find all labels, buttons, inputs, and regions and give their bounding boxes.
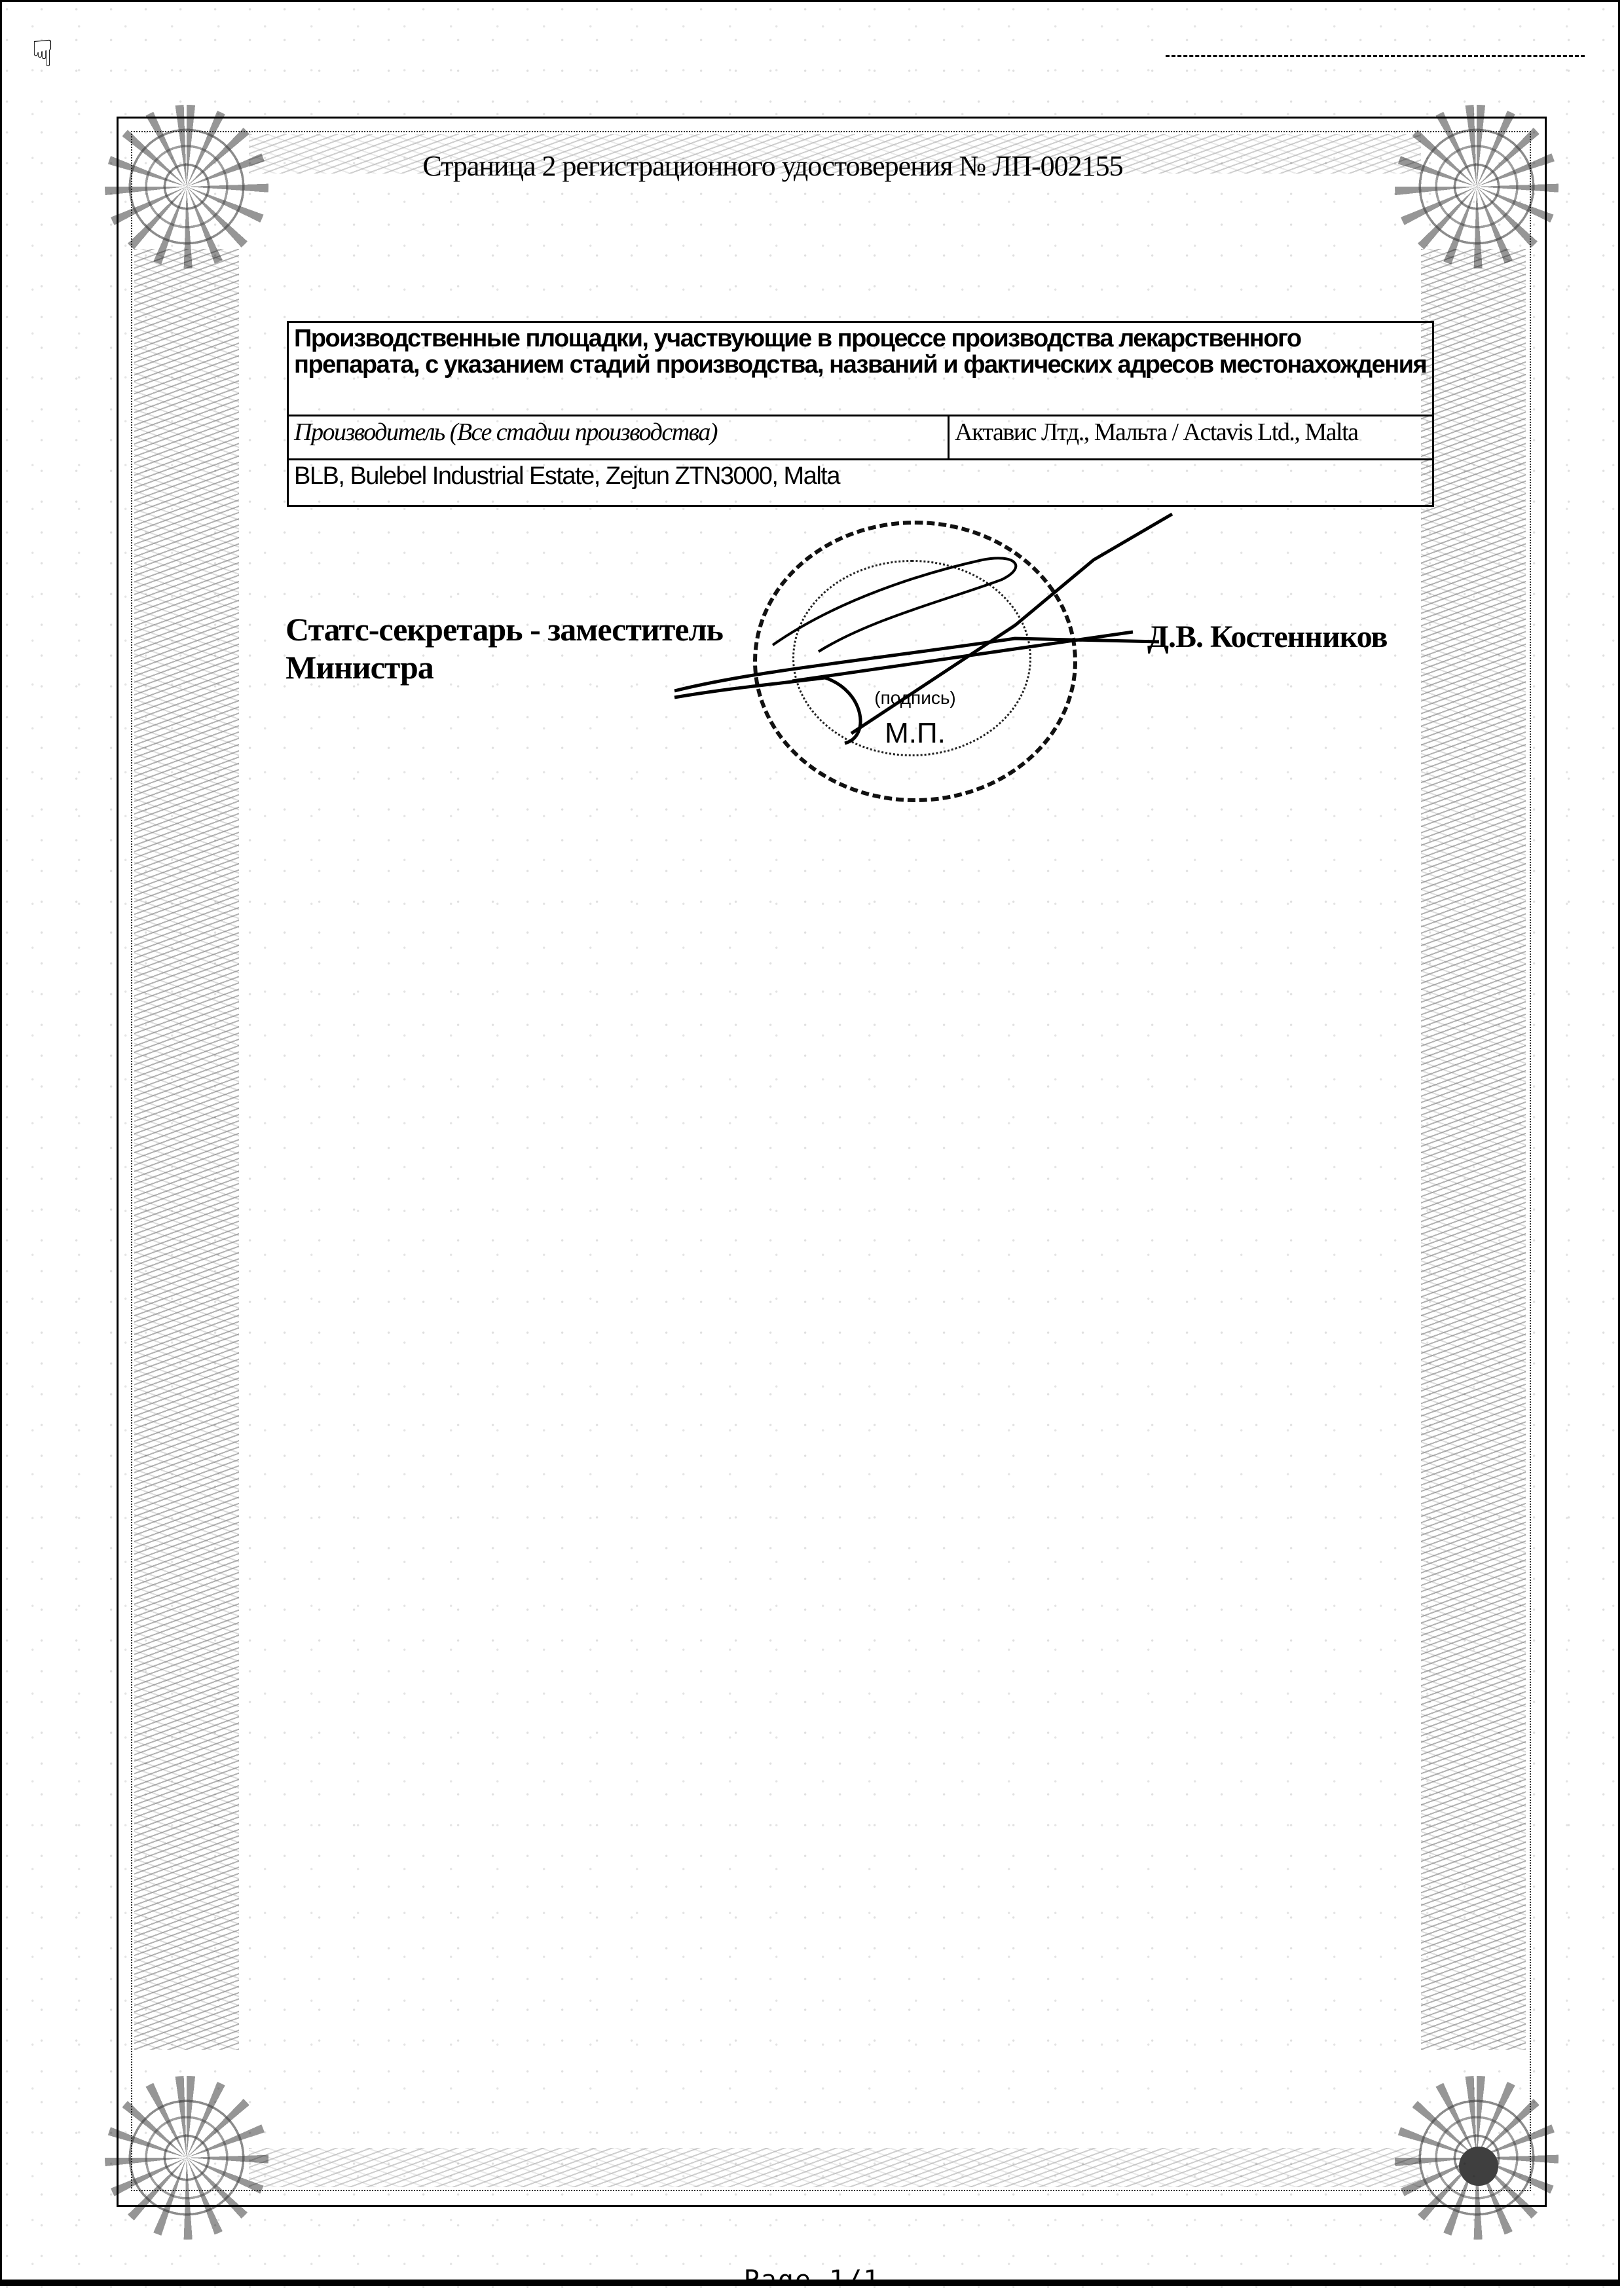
handwritten-signature-icon — [674, 521, 1172, 802]
page-indicator: Page 1/1 — [0, 2267, 1624, 2284]
page-title: Страница 2 регистрационного удостоверени… — [0, 149, 1585, 183]
rosette-ornament-icon — [1395, 2076, 1559, 2240]
manufacturer-role: Производитель (Все стадии производства) — [288, 416, 949, 460]
table-row: Производитель (Все стадии производства) … — [288, 416, 1433, 460]
signatory-position: Статс-секретарь - заместитель Министра — [286, 610, 723, 686]
official-stamp: (подпись) М.П. — [753, 521, 1077, 802]
rosette-ornament-icon — [1395, 105, 1559, 268]
top-right-rule — [1166, 55, 1585, 57]
rosette-ornament-icon — [105, 2076, 268, 2240]
seal-dot-icon — [1459, 2147, 1498, 2186]
signatory-position-line1: Статс-секретарь - заместитель — [286, 610, 723, 648]
table-row: BLB, Bulebel Industrial Estate, Zejtun Z… — [288, 460, 1433, 506]
manufacturer-address: BLB, Bulebel Industrial Estate, Zejtun Z… — [288, 460, 1433, 506]
production-sites-heading: Производственные площадки, участвующие в… — [288, 322, 1433, 416]
manufacturer-company: Актавис Лтд., Мальта / Actavis Ltd., Mal… — [949, 416, 1433, 460]
scan-mark-icon: ☟ — [31, 36, 54, 73]
rosette-ornament-icon — [105, 105, 268, 268]
signatory-name: Д.В. Костенников — [1147, 619, 1387, 655]
table-row: Производственные площадки, участвующие в… — [288, 322, 1433, 416]
production-sites-table: Производственные площадки, участвующие в… — [287, 321, 1434, 507]
signatory-position-line2: Министра — [286, 648, 723, 686]
